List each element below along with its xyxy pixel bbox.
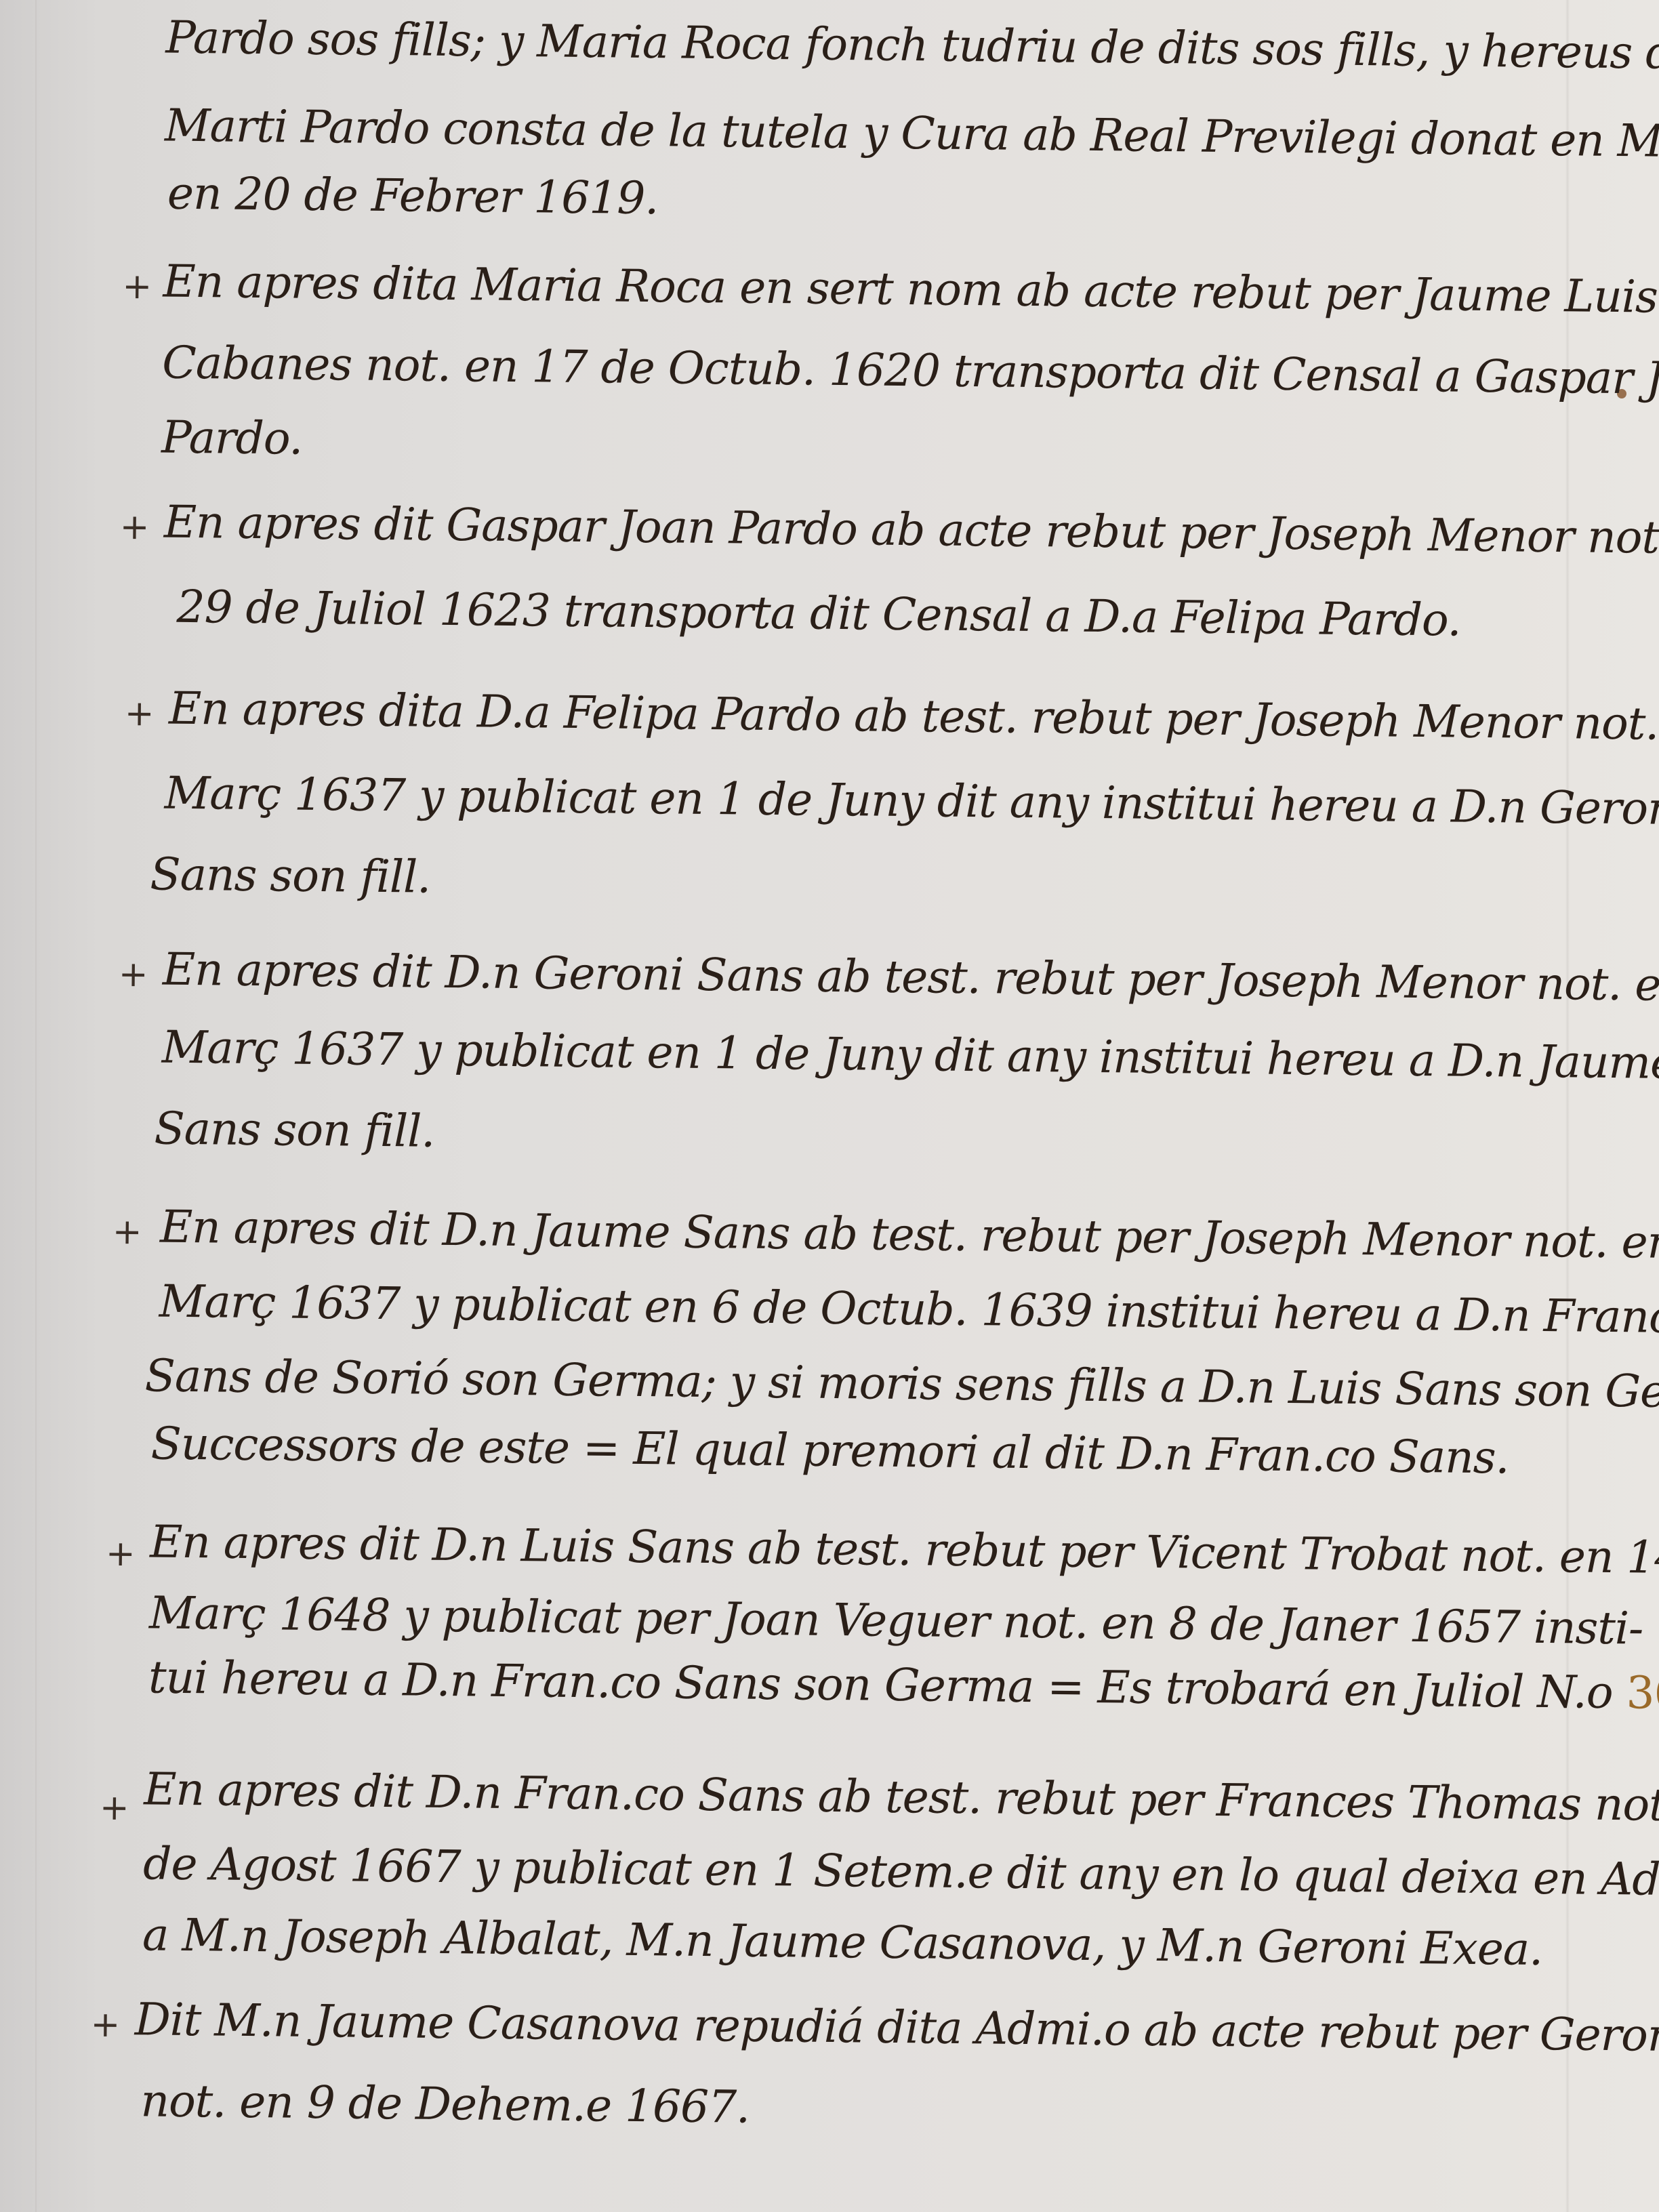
entry-marker-plus: + (122, 269, 152, 304)
entry-marker-plus: + (119, 957, 148, 992)
manuscript-line: Sans de Sorió son Germa; y si moris sens… (144, 1353, 1659, 1416)
margin-note-number: 36 (1626, 1666, 1659, 1719)
margin-rule (35, 0, 37, 2212)
entry-marker-plus: + (125, 696, 155, 731)
manuscript-line: de Agost 1667 y publicat en 1 Setem.e di… (143, 1841, 1659, 1904)
manuscript-line: a M.n Joseph Albalat, M.n Jaume Casanova… (142, 1912, 1543, 1972)
entry-marker-plus: + (106, 1536, 136, 1572)
manuscript-line: not. en 9 de Dehem.e 1667. (140, 2078, 750, 2129)
manuscript-line: Març 1637 y publicat en 1 de Juny dit an… (164, 771, 1659, 832)
entry-marker-plus: + (90, 2007, 120, 2043)
manuscript-page: Pardo sos fills; y Maria Roca fonch tudr… (0, 0, 1659, 2212)
manuscript-line: Març 1648 y publicat per Joan Veguer not… (149, 1591, 1643, 1651)
manuscript-line-text: tui hereu a D.n Fran.co Sans son Germa =… (148, 1651, 1613, 1719)
manuscript-line: Successors de este = El qual premori al … (150, 1421, 1509, 1480)
manuscript-line: Sans son fill. (150, 852, 430, 899)
manuscript-line: Cabanes not. en 17 de Octub. 1620 transp… (162, 341, 1659, 402)
manuscript-line: Marti Pardo consta de la tutela y Cura a… (165, 104, 1659, 165)
manuscript-line: Pardo. (161, 415, 303, 462)
entry-marker-plus: + (120, 510, 150, 545)
entry-marker-plus: + (100, 1790, 129, 1826)
manuscript-line: En apres dit D.n Geroni Sans ab test. re… (163, 947, 1659, 1009)
entry-marker-plus: + (112, 1214, 142, 1250)
manuscript-line: tui hereu a D.n Fran.co Sans son Germa =… (148, 1655, 1659, 1716)
manuscript-line: Març 1637 y publicat en 1 de Juny dit an… (161, 1025, 1659, 1086)
manuscript-line: En apres dit D.n Jaume Sans ab test. reb… (160, 1205, 1659, 1267)
manuscript-line: Sans son fill. (154, 1106, 434, 1153)
manuscript-line: En apres dit D.n Fran.co Sans ab test. r… (144, 1767, 1659, 1829)
manuscript-line: En apres dita Maria Roca en sert nom ab … (163, 260, 1658, 320)
manuscript-line: En apres dit D.n Luis Sans ab test. rebu… (150, 1519, 1659, 1581)
manuscript-line: Pardo sos fills; y Maria Roca fonch tudr… (165, 16, 1659, 77)
manuscript-text: Pardo sos fills; y Maria Roca fonch tudr… (0, 0, 1659, 18)
manuscript-line: En apres dit Gaspar Joan Pardo ab acte r… (164, 500, 1659, 561)
manuscript-line: en 20 de Febrer 1619. (167, 171, 659, 222)
manuscript-line: Març 1637 y publicat en 6 de Octub. 1639… (159, 1279, 1659, 1341)
manuscript-line: 29 de Juliol 1623 transporta dit Censal … (176, 585, 1461, 643)
manuscript-line: En apres dita D.a Felipa Pardo ab test. … (169, 687, 1659, 749)
manuscript-line: Dit M.n Jaume Casanova repudiá dita Admi… (134, 1997, 1659, 2060)
